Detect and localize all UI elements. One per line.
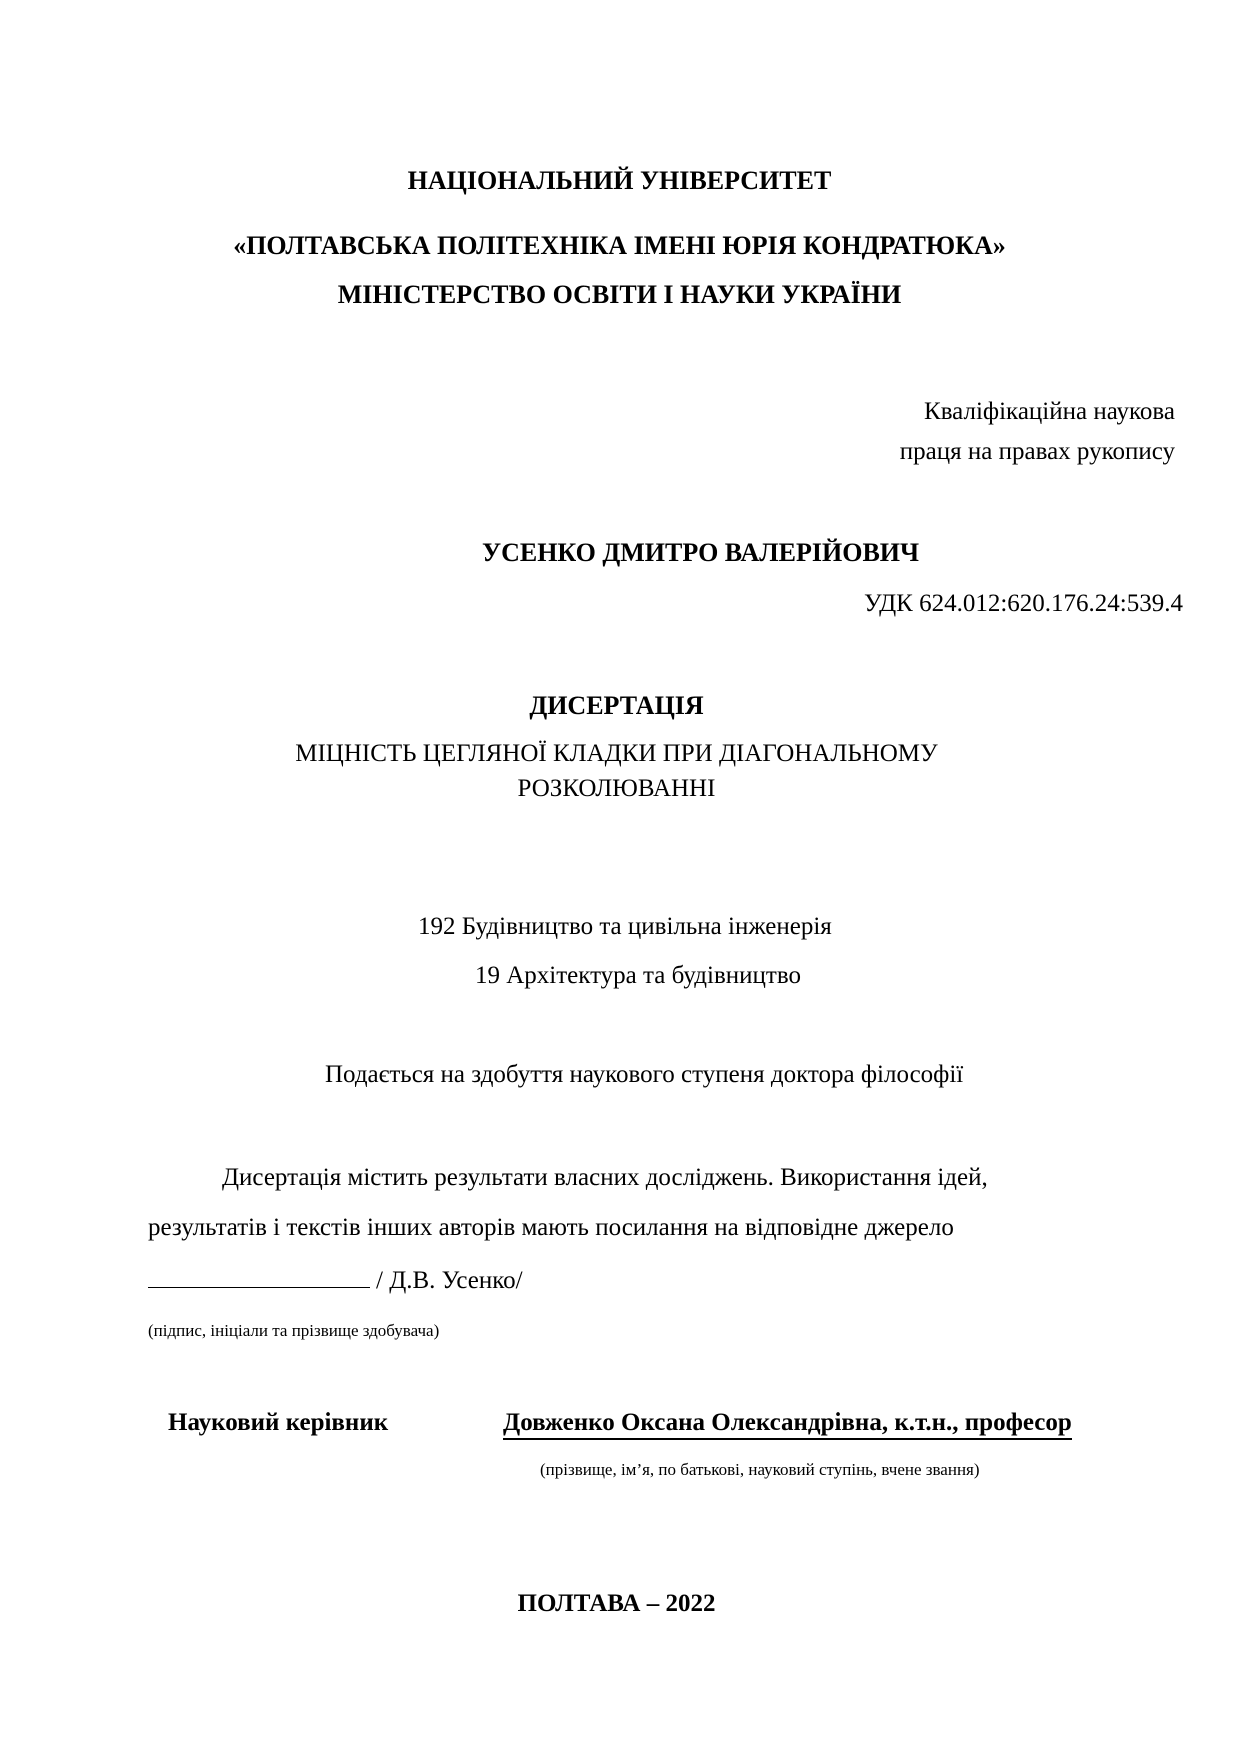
signature-caption: (підпис, ініціали та прізвище здобувача): [148, 1322, 439, 1339]
author-name: УСЕНКО ДМИТРО ВАЛЕРІЙОВИЧ: [482, 540, 919, 566]
specialty-code: 192 Будівництво та цивільна інженерія: [418, 914, 832, 939]
degree-statement: Подається на здобуття наукового ступеня …: [325, 1062, 963, 1087]
field-of-knowledge: 19 Архітектура та будівництво: [475, 963, 801, 988]
dissertation-title-line2: РОЗКОЛЮВАННІ: [0, 776, 1236, 801]
originality-line2: результатів і текстів інших авторів мают…: [148, 1215, 954, 1240]
manuscript-note-line1: Кваліфікаційна наукова: [924, 399, 1175, 424]
ministry-line: МІНІСТЕРСТВО ОСВІТИ І НАУКИ УКРАЇНИ: [0, 282, 1239, 308]
supervisor-name-text: Довженко Оксана Олександрівна, к.т.н., п…: [503, 1409, 1072, 1440]
udc-code: УДК 624.012:620.176.24:539.4: [864, 591, 1183, 616]
university-full-name-line: «ПОЛТАВСЬКА ПОЛІТЕХНІКА ІМЕНІ ЮРІЯ КОНДР…: [0, 233, 1239, 259]
signature-row: / Д.В. Усенко/: [148, 1265, 523, 1293]
manuscript-note-line2: праця на правах рукопису: [900, 439, 1175, 464]
university-name-line: НАЦІОНАЛЬНИЙ УНІВЕРСИТЕТ: [0, 168, 1239, 194]
document-type: ДИСЕРТАЦІЯ: [0, 693, 1236, 719]
dissertation-title-line1: МІЦНІСТЬ ЦЕГЛЯНОЇ КЛАДКИ ПРИ ДІАГОНАЛЬНО…: [0, 741, 1236, 766]
supervisor-label: Науковий керівник: [168, 1410, 388, 1435]
supervisor-name: Довженко Оксана Олександрівна, к.т.н., п…: [503, 1410, 1072, 1435]
signature-name: / Д.В. Усенко/: [376, 1267, 523, 1294]
originality-line1: Дисертація містить результати власних до…: [222, 1165, 988, 1190]
supervisor-caption: (прізвище, ім’я, по батькові, науковий с…: [540, 1461, 980, 1478]
signature-blank-line: [148, 1265, 370, 1288]
city-year: ПОЛТАВА – 2022: [0, 1591, 1236, 1616]
